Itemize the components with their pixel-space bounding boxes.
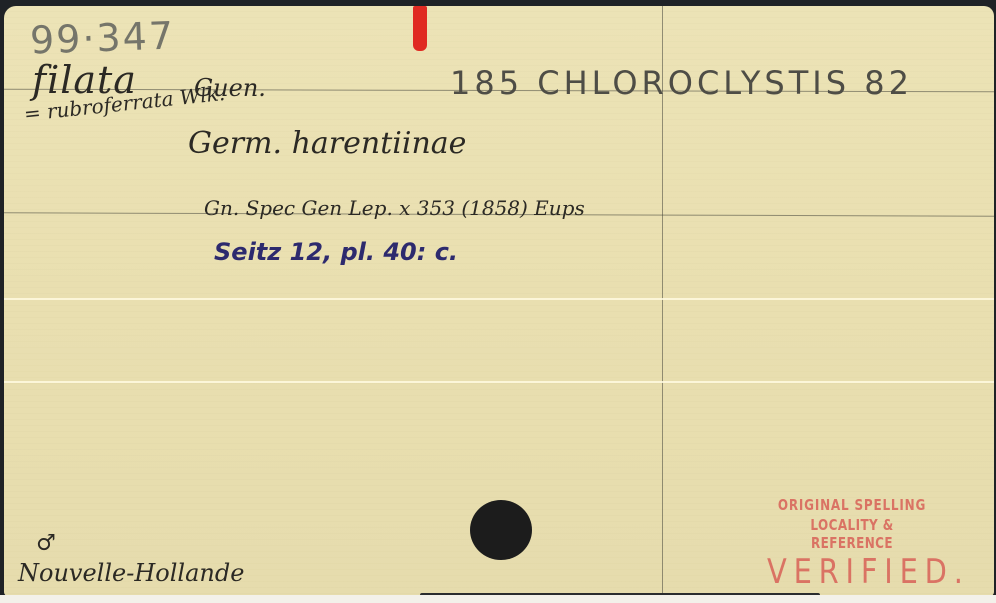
red-tab-marker (413, 6, 427, 51)
subfamily: Germ. harentiinae (188, 126, 466, 161)
stamp-line-3: VERIFIED. (767, 552, 937, 592)
genus-header: 185 CHLOROCLYSTIS 82 (450, 64, 913, 102)
verification-stamp: ORIGINAL SPELLING LOCALITY & REFERENCE V… (752, 496, 952, 592)
punch-hole (470, 500, 532, 560)
figure-reference: Seitz 12, pl. 40: c. (214, 238, 458, 266)
original-citation: Gn. Spec Gen Lep. x 353 (1858) Eups (204, 196, 585, 220)
index-card: 99·347 filata Guen. = rubroferrata Wlk. … (4, 6, 994, 596)
bottom-border (0, 595, 996, 603)
register-number: 99·347 (29, 13, 175, 62)
stamp-line-2: LOCALITY & REFERENCE (772, 516, 932, 552)
rule-line-light (4, 381, 994, 383)
stamp-line-1: ORIGINAL SPELLING (772, 496, 932, 514)
rule-line-light (4, 298, 994, 300)
type-locality: Nouvelle-Hollande (18, 559, 244, 587)
male-symbol-icon: ♂ (36, 531, 56, 556)
